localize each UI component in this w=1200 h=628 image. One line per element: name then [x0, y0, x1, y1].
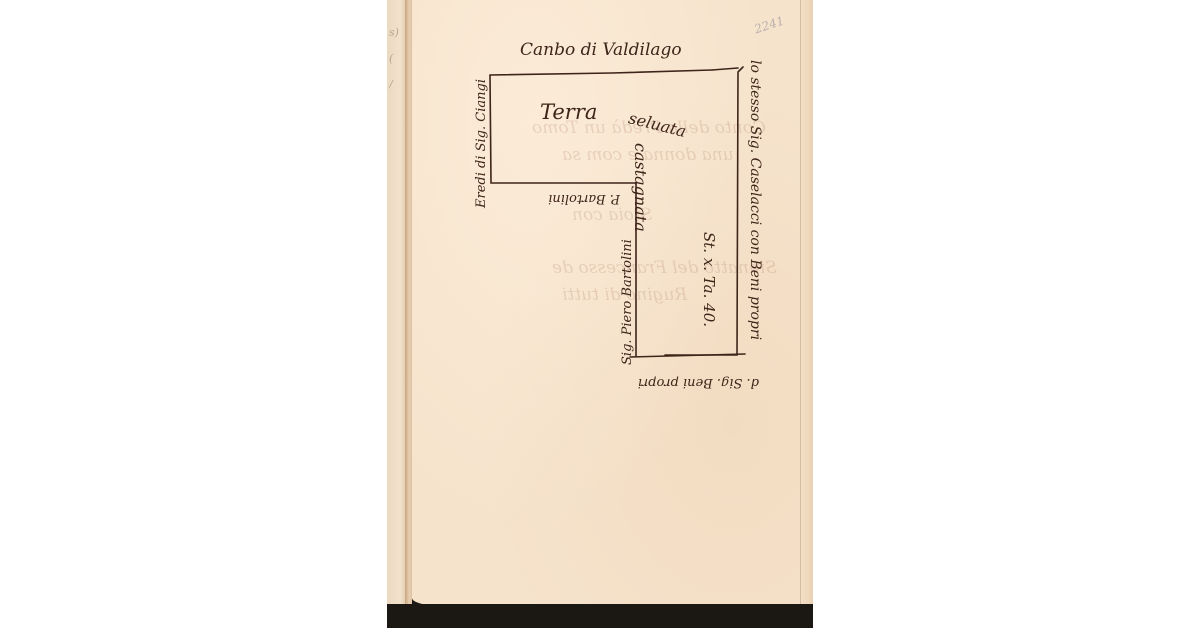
manuscript-scan: s)(∕ Conto della Predà un Tomo una donna… — [387, 0, 813, 628]
scan-bottom-shadow — [387, 604, 813, 628]
border-south-label: d. Sig. Beni propri — [638, 375, 759, 390]
manuscript-page: Conto della Predà un Tomo una donna e co… — [412, 0, 813, 606]
plot-measure: St. x. Ta. 40. — [700, 232, 718, 327]
book-gutter — [405, 0, 412, 612]
border-east-label: lo stesso Sig. Caselacci con Beni propri — [747, 60, 763, 340]
border-inner-side-label: Sig. Piero Bartolini — [620, 239, 635, 365]
border-inner-top-label: P. Bartolini — [548, 191, 620, 206]
border-west-label: Eredi di Sig. Ciangi — [474, 79, 489, 208]
plot-area-text: castagnata — [631, 143, 650, 232]
plot-label-terra: Terra — [540, 100, 597, 124]
border-north-label: Canbo di Valdilago — [520, 40, 682, 60]
